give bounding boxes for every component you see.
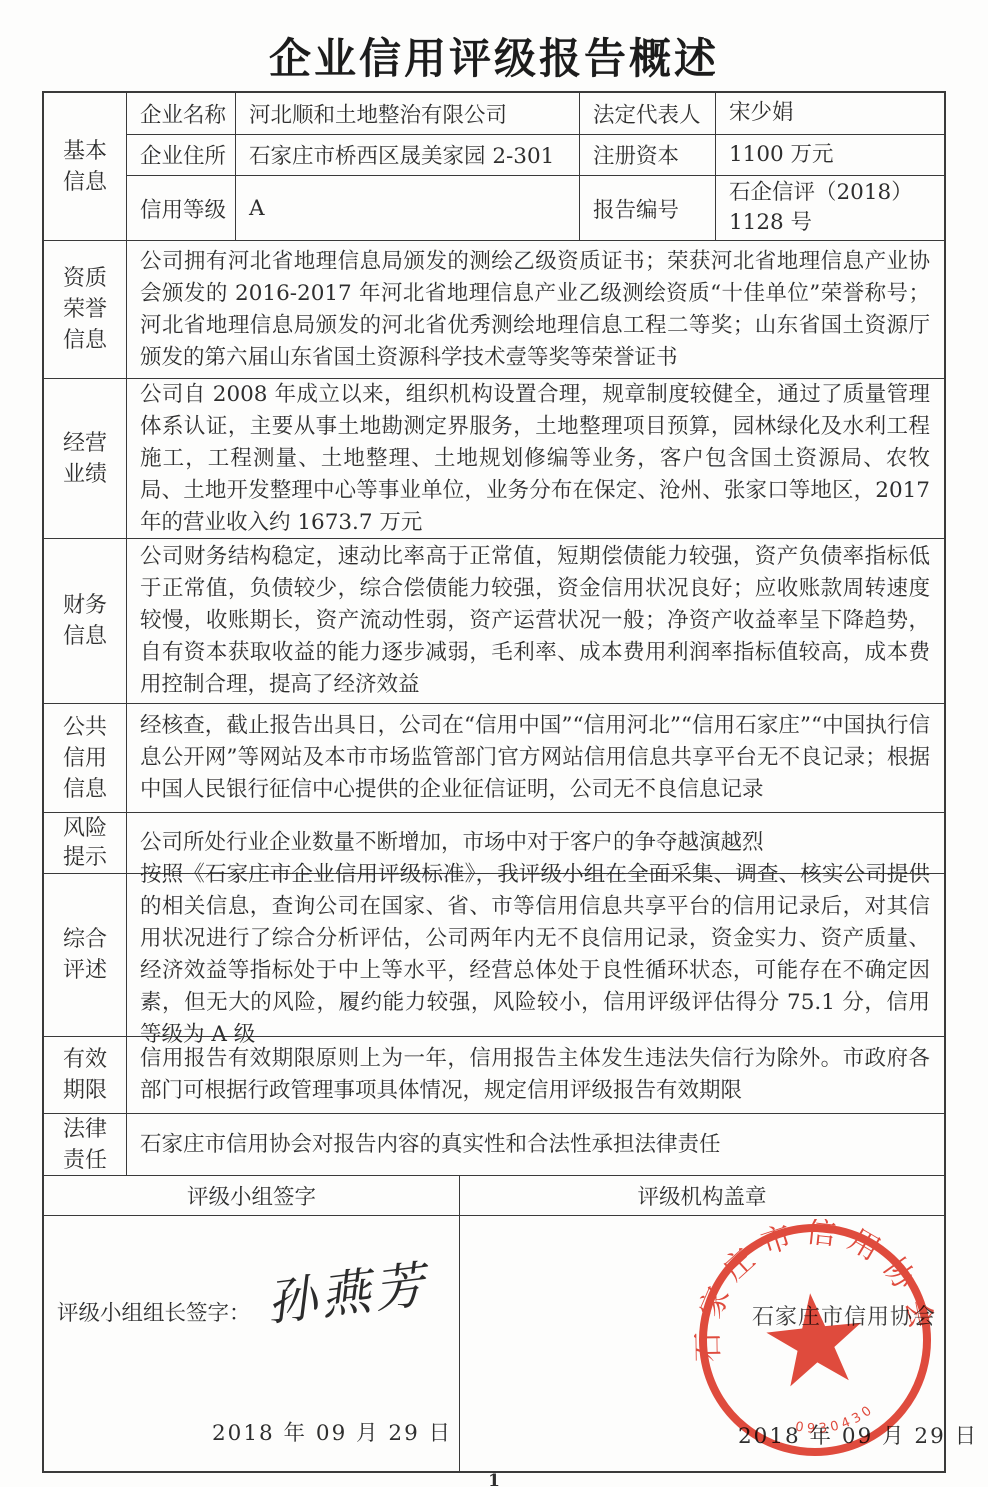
section-label-comprehensive-review: 综合评述	[44, 874, 127, 1036]
page-title: 企业信用评级报告概述	[0, 26, 988, 86]
signature-cell-agency-stamp: 石家庄市信用协会 石家庄市信用协会 0930430	[460, 1216, 944, 1471]
section-text-validity-period: 信用报告有效期限原则上为一年，信用报告主体发生违法失信行为除外。市政府各部门可根…	[127, 1037, 944, 1113]
section-label-public-credit-info: 公共信用信息	[44, 704, 127, 812]
field-value-registered-capital: 1100 万元	[716, 135, 944, 175]
section-text-financial-info: 公司财务结构稳定，速动比率高于正常值，短期偿债能力较强，资产负债率指标低于正常值…	[127, 539, 944, 703]
section-text-qualification-honors: 公司拥有河北省地理信息局颁发的测绘乙级资质证书；荣获河北省地理信息产业协会颁发的…	[127, 241, 944, 378]
field-value-company-name: 河北顺和土地整治有限公司	[236, 93, 580, 134]
section-financial-info: 财务信息 公司财务结构稳定，速动比率高于正常值，短期偿债能力较强，资产负债率指标…	[44, 539, 944, 704]
field-label-legal-representative: 法定代表人	[580, 93, 716, 134]
section-label-financial-info: 财务信息	[44, 539, 127, 703]
basic-info-section: 基本信息 企业名称 河北顺和土地整治有限公司 法定代表人 宋少娟 企业住所 石家…	[44, 93, 944, 241]
signature-header-agency-seal: 评级机构盖章	[460, 1176, 944, 1215]
section-text-comprehensive-review: 按照《石家庄市企业信用评级标准》，我评级小组在全面采集、调查、核实公司提供的相关…	[127, 874, 944, 1036]
signature-date-left: 2018 年 09 月 29 日	[212, 1416, 452, 1447]
section-validity-period: 有效期限 信用报告有效期限原则上为一年，信用报告主体发生违法失信行为除外。市政府…	[44, 1037, 944, 1114]
signature-body-row: 评级小组组长签字： 孙燕芳 2018 年 09 月 29 日 石家庄市信用协会 …	[44, 1216, 944, 1471]
svg-text:石家庄市信用协会: 石家庄市信用协会	[694, 1219, 936, 1365]
field-label-company-name: 企业名称	[127, 93, 236, 134]
field-value-legal-representative: 宋少娟	[716, 93, 944, 134]
signature-cell-team-leader: 评级小组组长签字： 孙燕芳 2018 年 09 月 29 日	[44, 1216, 460, 1471]
section-label-basic-info: 基本信息	[44, 93, 127, 240]
stamp-ring-text: 石家庄市信用协会	[694, 1219, 936, 1365]
team-leader-signature-label: 评级小组组长签字：	[57, 1296, 251, 1327]
handwritten-signature: 孙燕芳	[262, 1244, 432, 1335]
section-label-legal-liability: 法律责任	[44, 1114, 127, 1175]
scanned-report-page: 企业信用评级报告概述 基本信息 企业名称 河北顺和土地整治有限公司 法定代表人 …	[0, 0, 988, 1487]
agency-name-text: 石家庄市信用协会	[752, 1300, 936, 1331]
table-row: 企业住所 石家庄市桥西区晟美家园 2-301 注册资本 1100 万元	[127, 135, 944, 176]
field-label-credit-rating: 信用等级	[127, 176, 236, 240]
section-legal-liability: 法律责任 石家庄市信用协会对报告内容的真实性和合法性承担法律责任	[44, 1114, 944, 1176]
report-table: 基本信息 企业名称 河北顺和土地整治有限公司 法定代表人 宋少娟 企业住所 石家…	[42, 91, 946, 1473]
section-label-business-performance: 经营业绩	[44, 379, 127, 538]
section-comprehensive-review: 综合评述 按照《石家庄市企业信用评级标准》，我评级小组在全面采集、调查、核实公司…	[44, 874, 944, 1037]
section-business-performance: 经营业绩 公司自 2008 年成立以来，组织机构设置合理，规章制度较健全，通过了…	[44, 379, 944, 539]
field-label-report-number: 报告编号	[580, 176, 716, 240]
basic-info-grid: 企业名称 河北顺和土地整治有限公司 法定代表人 宋少娟 企业住所 石家庄市桥西区…	[127, 93, 944, 240]
table-row: 企业名称 河北顺和土地整治有限公司 法定代表人 宋少娟	[127, 93, 944, 135]
field-value-company-address: 石家庄市桥西区晟美家园 2-301	[236, 135, 580, 175]
signature-header-team: 评级小组签字	[44, 1176, 460, 1215]
section-text-legal-liability: 石家庄市信用协会对报告内容的真实性和合法性承担法律责任	[127, 1114, 944, 1175]
field-value-credit-rating: A	[236, 176, 580, 240]
field-label-registered-capital: 注册资本	[580, 135, 716, 175]
section-text-business-performance: 公司自 2008 年成立以来，组织机构设置合理，规章制度较健全，通过了质量管理体…	[127, 379, 944, 538]
section-text-public-credit-info: 经核查，截止报告出具日，公司在“信用中国”“信用河北”“信用石家庄”“中国执行信…	[127, 704, 944, 812]
section-label-risk-warning: 风险提示	[44, 813, 127, 873]
signature-date-right: 2018 年 09 月 29 日	[738, 1419, 978, 1450]
section-public-credit-info: 公共信用信息 经核查，截止报告出具日，公司在“信用中国”“信用河北”“信用石家庄…	[44, 704, 944, 813]
field-value-report-number: 石企信评（2018）1128 号	[716, 176, 944, 240]
section-label-qualification-honors: 资质荣誉信息	[44, 241, 127, 378]
section-label-validity-period: 有效期限	[44, 1037, 127, 1113]
table-row: 信用等级 A 报告编号 石企信评（2018）1128 号	[127, 176, 944, 240]
page-number: 1	[0, 1471, 988, 1487]
field-label-company-address: 企业住所	[127, 135, 236, 175]
section-qualification-honors: 资质荣誉信息 公司拥有河北省地理信息局颁发的测绘乙级资质证书；荣获河北省地理信息…	[44, 241, 944, 379]
signature-header-row: 评级小组签字 评级机构盖章	[44, 1176, 944, 1216]
